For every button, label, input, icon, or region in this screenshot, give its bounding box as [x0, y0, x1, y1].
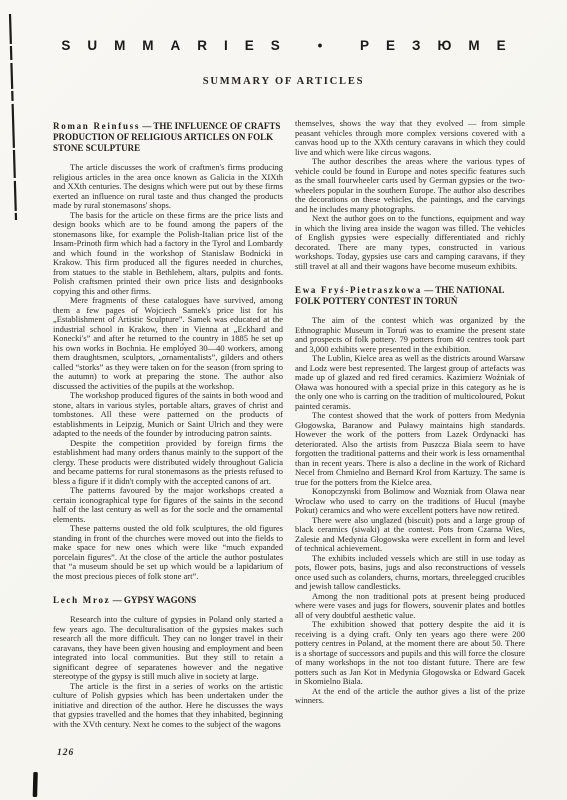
- two-column-text-area: Roman Reinfuss — THE INFLUENCE OF CRAFTS…: [53, 119, 525, 729]
- paragraph: The exhibits included vessels which are …: [295, 554, 525, 592]
- article-heading: Ewa Fryś-Pietraszkowa — THE NATIONAL FOL…: [295, 285, 525, 307]
- paragraph: Among the non traditional pots at presen…: [295, 592, 525, 621]
- paragraph: Mere fragments of these catalogues have …: [53, 296, 283, 391]
- summaries-banner: SUMMARIES • РЕЗЮМЕ: [0, 38, 567, 53]
- right-column: themselves, shows the way that they evol…: [295, 119, 525, 729]
- paragraph: There were also unglazed (biscuit) pots …: [295, 516, 525, 554]
- heading-dash: —: [422, 285, 435, 295]
- paragraph: Despite the competition provided by fore…: [53, 439, 283, 487]
- paragraph: The Lublin, Kielce area as well as the d…: [295, 354, 525, 411]
- heading-dash: —: [140, 121, 153, 131]
- paragraph: Research into the culture of gypsies in …: [53, 615, 283, 682]
- paragraph: The exhibition showed that pottery despi…: [295, 620, 525, 687]
- page-number: 126: [57, 748, 74, 758]
- heading-dash: —: [110, 595, 124, 605]
- paragraph: The patterns favoured by the major works…: [53, 486, 283, 524]
- paragraph: themselves, shows the way that they evol…: [295, 119, 525, 157]
- paragraph: The contest showed that the work of pott…: [295, 411, 525, 487]
- paragraph: Next the author goes on to the functions…: [295, 214, 525, 271]
- paragraph: The author describes the areas where the…: [295, 157, 525, 214]
- summary-of-articles-title: SUMMARY OF ARTICLES: [0, 76, 567, 87]
- paragraph: The article discusses the work of craftm…: [53, 163, 283, 211]
- paragraph: The basis for the article on these firms…: [53, 211, 283, 297]
- paragraph: Konopczynski from Bolimow and Wozniak fr…: [295, 487, 525, 516]
- article-heading: Roman Reinfuss — THE INFLUENCE OF CRAFTS…: [53, 121, 283, 154]
- paragraph: The aim of the contest which was organiz…: [295, 316, 525, 354]
- scanned-page: SUMMARIES • РЕЗЮМЕ SUMMARY OF ARTICLES R…: [0, 0, 567, 800]
- paragraph: At the end of the article the author giv…: [295, 687, 525, 706]
- article-author: Roman Reinfuss: [53, 121, 140, 131]
- paragraph: The workshop produced figures of the sai…: [53, 391, 283, 439]
- binding-mark-artifact: [33, 772, 38, 797]
- left-column: Roman Reinfuss — THE INFLUENCE OF CRAFTS…: [53, 119, 283, 729]
- article-heading: Lech Mroz — GYPSY WAGONS: [53, 595, 283, 606]
- paragraph: The article is the first in a series of …: [53, 682, 283, 730]
- paragraph: These patterns ousted the old folk sculp…: [53, 524, 283, 581]
- article-title: GYPSY WAGONS: [124, 595, 196, 605]
- article-author: Ewa Fryś-Pietraszkowa: [295, 285, 422, 295]
- article-author: Lech Mroz: [53, 595, 110, 605]
